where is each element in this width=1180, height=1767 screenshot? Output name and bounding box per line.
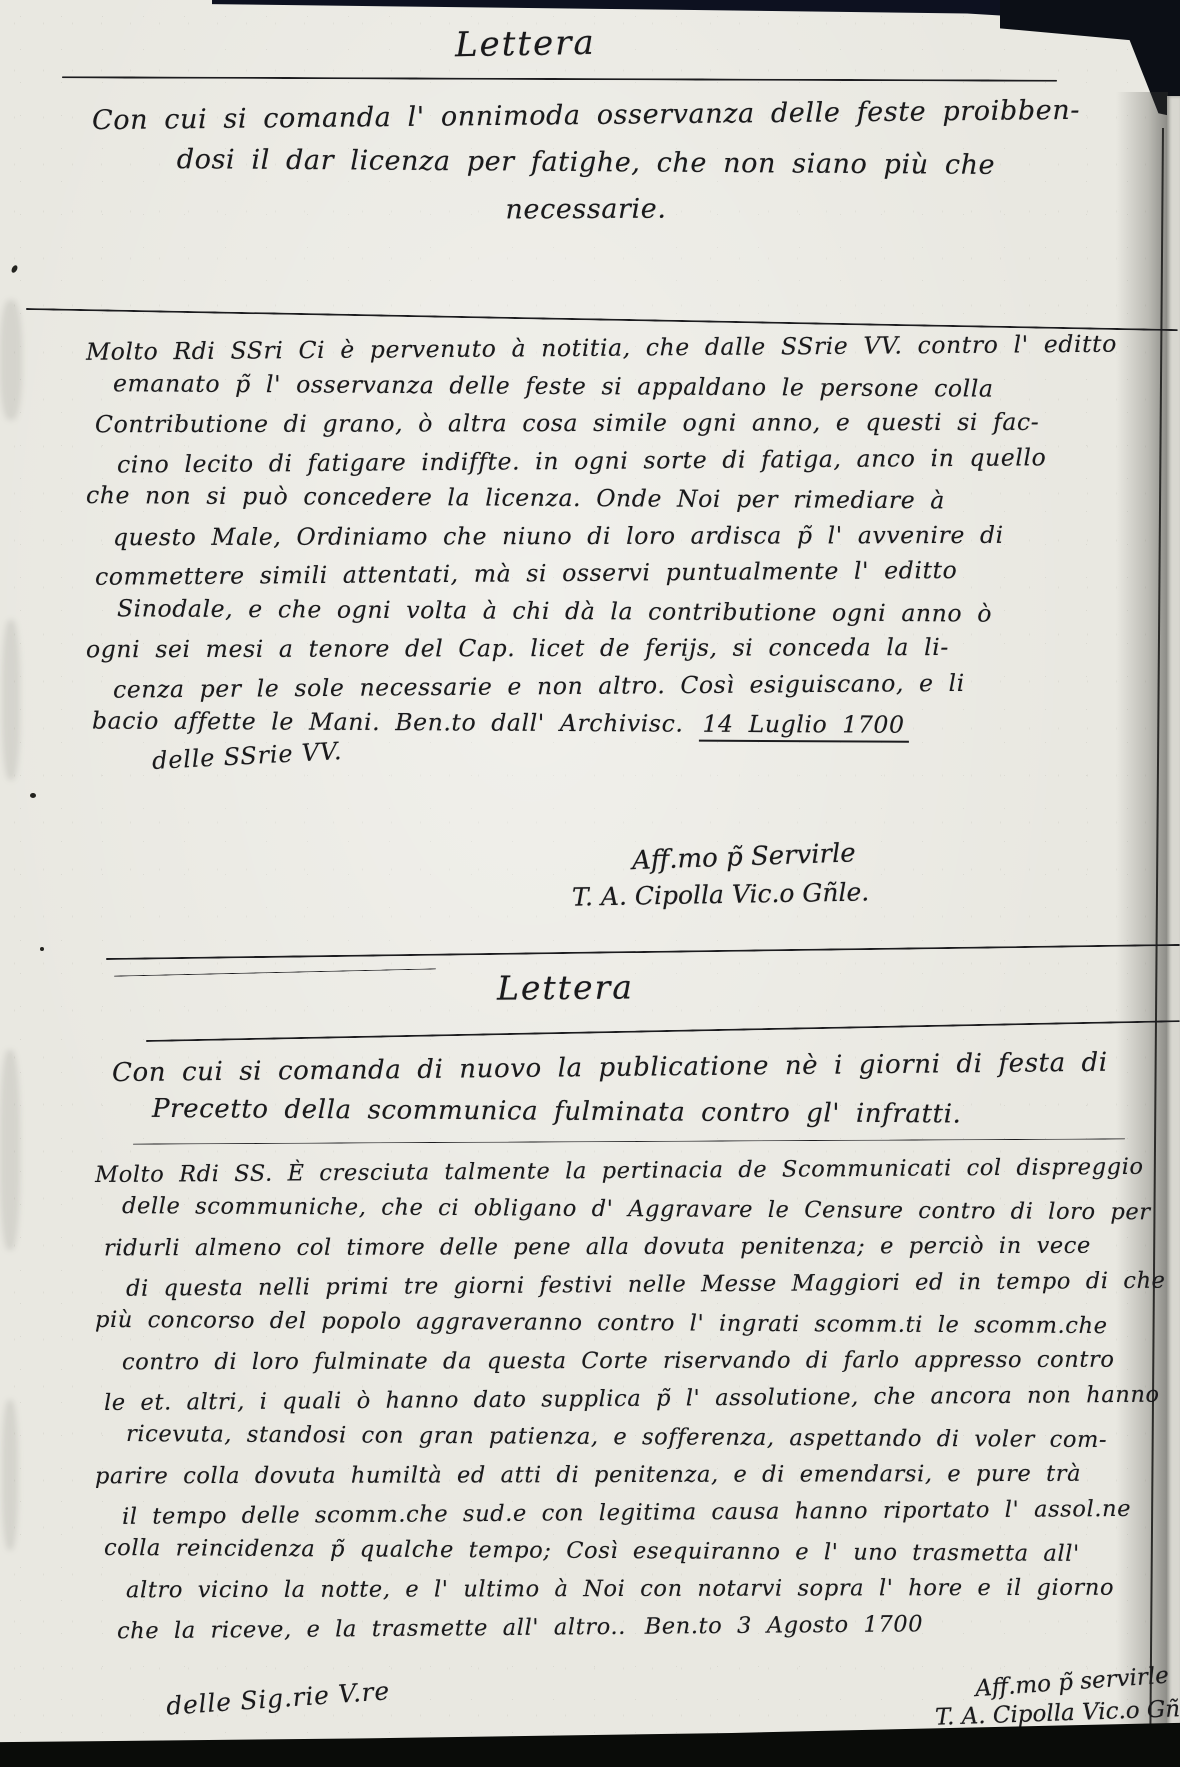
letter2-closing: delle Sig.rie V.re: [165, 1676, 391, 1721]
letter2-date: Ben.to 3 Agosto 1700: [641, 1611, 928, 1641]
letter1-body: Molto Rdi SSri Ci è pervenuto à notitia,…: [86, 330, 1052, 743]
letter2-dateline-text: che la riceve, e la trasmette all' altro…: [117, 1614, 626, 1644]
handwritten-line: altro vicino la notte, e l' ultimo à Noi…: [95, 1569, 1127, 1610]
handwritten-line: Con cui si comanda l' onnimoda osservanz…: [92, 87, 1080, 144]
handwritten-line: questo Male, Ordiniamo che niuno di loro…: [86, 516, 1052, 556]
rule-under-title2: [146, 1020, 1180, 1042]
ink-bleed-through: [0, 1050, 20, 1250]
handwritten-line: emanato p̃ l' osservanza delle feste si …: [86, 365, 1052, 408]
handwritten-line: parire colla dovuta humiltà ed atti di p…: [95, 1455, 1127, 1496]
handwritten-line: colla reincidenza p̃ qualche tempo; Così…: [95, 1529, 1127, 1573]
handwritten-line: Contributione di grano, ò altra cosa sim…: [86, 404, 1052, 444]
letter1-signature-salutation: Aff.mo p̃ Servirle: [632, 838, 870, 876]
letter2-subtitle: Con cui si comanda di nuovo la publicati…: [112, 1046, 1092, 1134]
letter1-date: 14 Luglio 1700: [698, 710, 908, 743]
letter1-dateline-text: bacio affette le Mani. Ben.to dall' Arch…: [92, 707, 684, 738]
handwritten-line: dosi il dar licenza per fatighe, che non…: [92, 136, 1080, 190]
divider-line: [106, 944, 1180, 960]
letter2-dateline: che la riceve, e la trasmette all' altro…: [95, 1603, 1127, 1650]
ink-bleed-through: [2, 620, 20, 780]
handwritten-line: commettere simili attentati, mà si osser…: [86, 551, 1052, 596]
letter2-body-lines: Molto Rdi SS. È cresciuta talmente la pe…: [95, 1152, 1127, 1608]
handwritten-line: che non si può concedere la licenza. Ond…: [86, 477, 1052, 520]
rule-under-title1: [62, 76, 1057, 81]
handwritten-line: contro di loro fulminate da questa Corte…: [95, 1341, 1127, 1382]
ink-bleed-through: [0, 300, 22, 420]
ink-speck: [40, 947, 44, 951]
letter2-title: Lettera: [497, 967, 634, 1007]
letter1-body-lines: Molto Rdi SSri Ci è pervenuto à notitia,…: [86, 330, 1052, 705]
handwritten-line: Molto Rdi SSri Ci è pervenuto à notitia,…: [86, 326, 1052, 371]
letter1-signature-name: T. A. Cipolla Vic.o Gñle.: [572, 877, 870, 911]
divider-line-short: [114, 968, 436, 976]
handwritten-line: Precetto della scommunica fulminata cont…: [112, 1087, 1092, 1138]
letter2-body: Molto Rdi SS. È cresciuta talmente la pe…: [95, 1152, 1127, 1646]
ink-bleed-through: [2, 1400, 18, 1550]
letter1-closing: delle SSrie VV.: [151, 737, 343, 775]
adjacent-page-edge: [1167, 96, 1180, 1767]
ink-speck: [10, 264, 18, 273]
rule-above-letter2-body: [133, 1138, 1125, 1144]
letter1-dateline: bacio affette le Mani. Ben.to dall' Arch…: [86, 702, 1052, 745]
handwritten-line: delle scommuniche, che ci obligano d' Ag…: [95, 1187, 1127, 1231]
handwritten-line: necessarie.: [92, 183, 1080, 235]
handwritten-line: Sinodale, e che ogni volta à chi dà la c…: [86, 590, 1052, 633]
letter2-signature-salutation: Aff.mo p̃ servirle: [974, 1660, 1180, 1702]
letter2-signature-block: Aff.mo p̃ servirle T. A. Cipolla Vic.o G…: [935, 1668, 1180, 1726]
handwritten-line: ogni sei mesi a tenore del Cap. licet de…: [86, 629, 1052, 669]
manuscript-scan-page: Lettera Con cui si comanda l' onnimoda o…: [0, 0, 1180, 1767]
handwritten-line: cenza per le sole necessarie e non altro…: [86, 664, 1052, 709]
handwritten-line: ricevuta, standosi con gran patienza, e …: [95, 1415, 1127, 1459]
letter2-signature-name: T. A. Cipolla Vic.o Gñle.: [935, 1695, 1180, 1731]
handwritten-line: più concorso del popolo aggraveranno con…: [95, 1301, 1127, 1345]
ink-speck: [30, 793, 36, 798]
handwritten-line: ridurli almeno col timore delle pene all…: [95, 1227, 1127, 1268]
letter1-subtitle: Con cui si comanda l' onnimoda osservanz…: [92, 92, 1080, 233]
letter1-signature-block: Aff.mo p̃ Servirle T. A. Cipolla Vic.o G…: [600, 842, 869, 909]
letter1-title: Lettera: [455, 23, 596, 65]
